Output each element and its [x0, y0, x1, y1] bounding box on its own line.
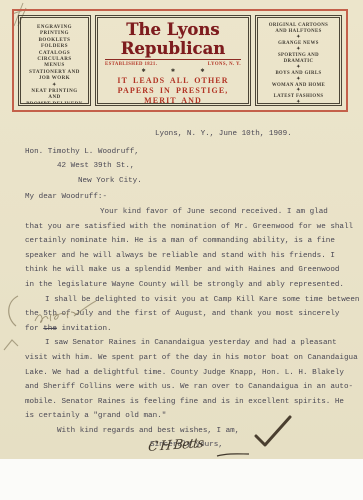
letterhead: ENGRAVINGPRINTINGBOOKLETSFOLDERSCATALOGS…	[12, 9, 348, 112]
newspaper-slogan: IT LEADS ALL OTHER PAPERS IN PRESTIGE, M…	[102, 75, 244, 106]
established-label: ESTABLISHED 1821.	[105, 62, 157, 67]
typed-line: I shall be delighted to visit you at Cam…	[25, 293, 355, 308]
scan-background: ENGRAVINGPRINTINGBOOKLETSFOLDERSCATALOGS…	[0, 0, 363, 500]
typed-line: Lake. We had a delightful time. County J…	[25, 366, 355, 381]
scan-bottom-edge	[0, 459, 363, 500]
letter-body: Lyons, N. Y., June 10th, 1909. Hon. Timo…	[25, 127, 355, 453]
service-item: PROMPT DELIVERY	[21, 102, 88, 106]
recipient-name: Hon. Timothy L. Woodruff,	[25, 145, 355, 160]
typed-line: the 5th of July and the first of August,…	[25, 307, 355, 322]
paragraph-2: I shall be delighted to visit you at Cam…	[25, 293, 355, 322]
typed-line: and Sheriff Collins were with us. We ran…	[25, 380, 355, 395]
edit-pre-text: for	[25, 325, 43, 333]
typed-line: mobile. Senator Raines is feeling fine a…	[25, 395, 355, 410]
typed-line: in the legislature Wayne County will be …	[25, 278, 355, 293]
typed-line: think he will make us a splendid Member …	[25, 263, 355, 278]
recipient-street: 42 West 39th St.,	[25, 159, 355, 174]
pencil-margin-parenthesis-icon	[4, 294, 20, 328]
dateline: Lyons, N. Y., June 10th, 1909.	[25, 127, 355, 142]
ornament-row-icon: ✱ ✱ ✱	[102, 68, 244, 75]
edit-post-text: invitation.	[57, 325, 112, 333]
typed-line: certainly nominate him. He is a man of c…	[25, 234, 355, 249]
typed-line: Your kind favor of June second received.…	[25, 205, 355, 220]
masthead-rule	[105, 59, 241, 60]
typed-line: I saw Senator Raines in Canandaigua yest…	[25, 336, 355, 351]
newspaper-title: The Lyons Republican	[102, 20, 244, 58]
pencil-margin-hook-icon	[2, 338, 20, 354]
recipient-city: New York City.	[25, 174, 355, 189]
letter-paper: ENGRAVINGPRINTINGBOOKLETSFOLDERSCATALOGS…	[0, 0, 363, 459]
typed-line: is certainly a "grand old man."	[25, 409, 355, 424]
typed-line: that you are satisfied with the nominati…	[25, 220, 355, 235]
typed-line-with-edit: for the invitation.	[25, 322, 355, 337]
paragraph-1: Your kind favor of June second received.…	[25, 205, 355, 293]
checkmark-icon	[252, 414, 294, 450]
letterhead-features-box: ORIGINAL CARTOONSAND HALFTONES✦GRANGE NE…	[255, 15, 342, 106]
signature-flourish-icon	[216, 451, 250, 459]
location-label: LYONS, N. Y.	[208, 62, 241, 67]
paragraph-3: I saw Senator Raines in Canandaigua yest…	[25, 336, 355, 424]
feature-item: ✦	[258, 100, 339, 106]
letterhead-services-box: ENGRAVINGPRINTINGBOOKLETSFOLDERSCATALOGS…	[18, 15, 91, 106]
struck-word: the	[43, 325, 57, 333]
salutation: My dear Woodruff:-	[25, 190, 355, 205]
typed-line: visit with him. We spent part of the day…	[25, 351, 355, 366]
typed-line: speaker and he will always be reliable a…	[25, 249, 355, 264]
letterhead-masthead-box: The Lyons Republican ESTABLISHED 1821. L…	[95, 15, 251, 106]
